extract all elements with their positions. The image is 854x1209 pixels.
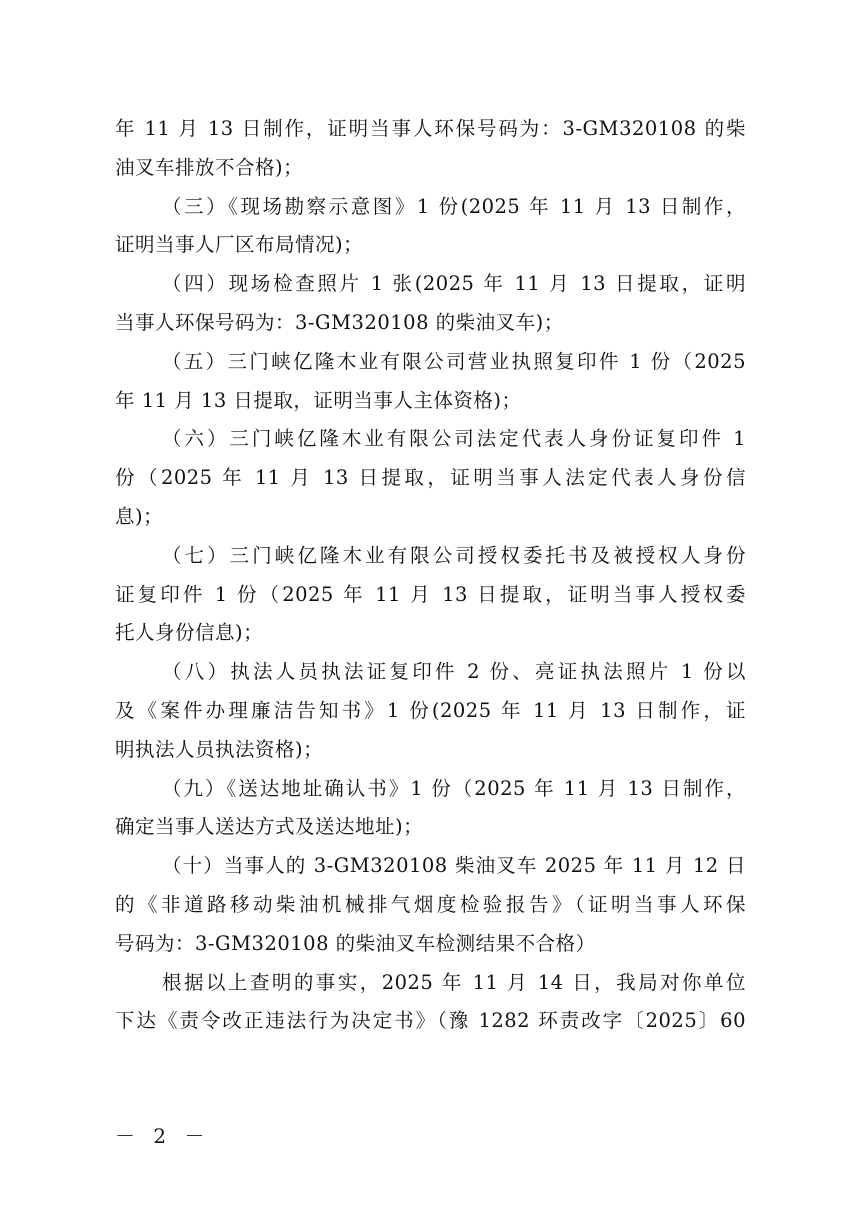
text-line: 下达《责令改正违法行为决定书》（豫 1282 环责改字〔2025〕60 [115, 1002, 746, 1041]
text-line: 明执法人员执法资格)； [115, 731, 746, 770]
conclusion-paragraph: 根据以上查明的事实，2025 年 11 月 14 日，我局对你单位 [115, 964, 746, 1003]
text-line: 份（2025 年 11 月 13 日提取，证明当事人法定代表人身份信 [115, 459, 746, 498]
evidence-item-6: （六）三门峡亿隆木业有限公司法定代表人身份证复印件 1 [115, 420, 746, 459]
text-line: 年 11 月 13 日提取，证明当事人主体资格)； [115, 382, 746, 421]
document-body: 年 11 月 13 日制作，证明当事人环保号码为：3-GM320108 的柴 油… [115, 110, 746, 1041]
text-line: 息)； [115, 498, 746, 537]
text-line: 当事人环保号码为：3-GM320108 的柴油叉车)； [115, 304, 746, 343]
page-number: － 2 － [115, 1120, 210, 1149]
text-line: 托人身份信息)； [115, 614, 746, 653]
text-line: 油叉车排放不合格)； [115, 149, 746, 188]
document-page: 年 11 月 13 日制作，证明当事人环保号码为：3-GM320108 的柴 油… [0, 0, 854, 1209]
text-line: 及《案件办理廉洁告知书》1 份(2025 年 11 月 13 日制作，证 [115, 692, 746, 731]
text-line: 证复印件 1 份（2025 年 11 月 13 日提取，证明当事人授权委 [115, 576, 746, 615]
evidence-item-7: （七）三门峡亿隆木业有限公司授权委托书及被授权人身份 [115, 537, 746, 576]
evidence-item-5: （五）三门峡亿隆木业有限公司营业执照复印件 1 份（2025 [115, 343, 746, 382]
evidence-item-8: （八）执法人员执法证复印件 2 份、亮证执法照片 1 份以 [115, 653, 746, 692]
text-line: 的《非道路移动柴油机械排气烟度检验报告》（证明当事人环保 [115, 886, 746, 925]
evidence-item-10: （十）当事人的 3-GM320108 柴油叉车 2025 年 11 月 12 日 [115, 847, 746, 886]
text-line: 确定当事人送达方式及送达地址)； [115, 808, 746, 847]
evidence-item-4: （四）现场检查照片 1 张(2025 年 11 月 13 日提取，证明 [115, 265, 746, 304]
text-line: 证明当事人厂区布局情况)； [115, 226, 746, 265]
text-line: 年 11 月 13 日制作，证明当事人环保号码为：3-GM320108 的柴 [115, 110, 746, 149]
evidence-item-3: （三）《现场勘察示意图》1 份(2025 年 11 月 13 日制作， [115, 188, 746, 227]
evidence-item-9: （九）《送达地址确认书》1 份（2025 年 11 月 13 日制作， [115, 770, 746, 809]
text-line: 号码为：3-GM320108 的柴油叉车检测结果不合格） [115, 925, 746, 964]
